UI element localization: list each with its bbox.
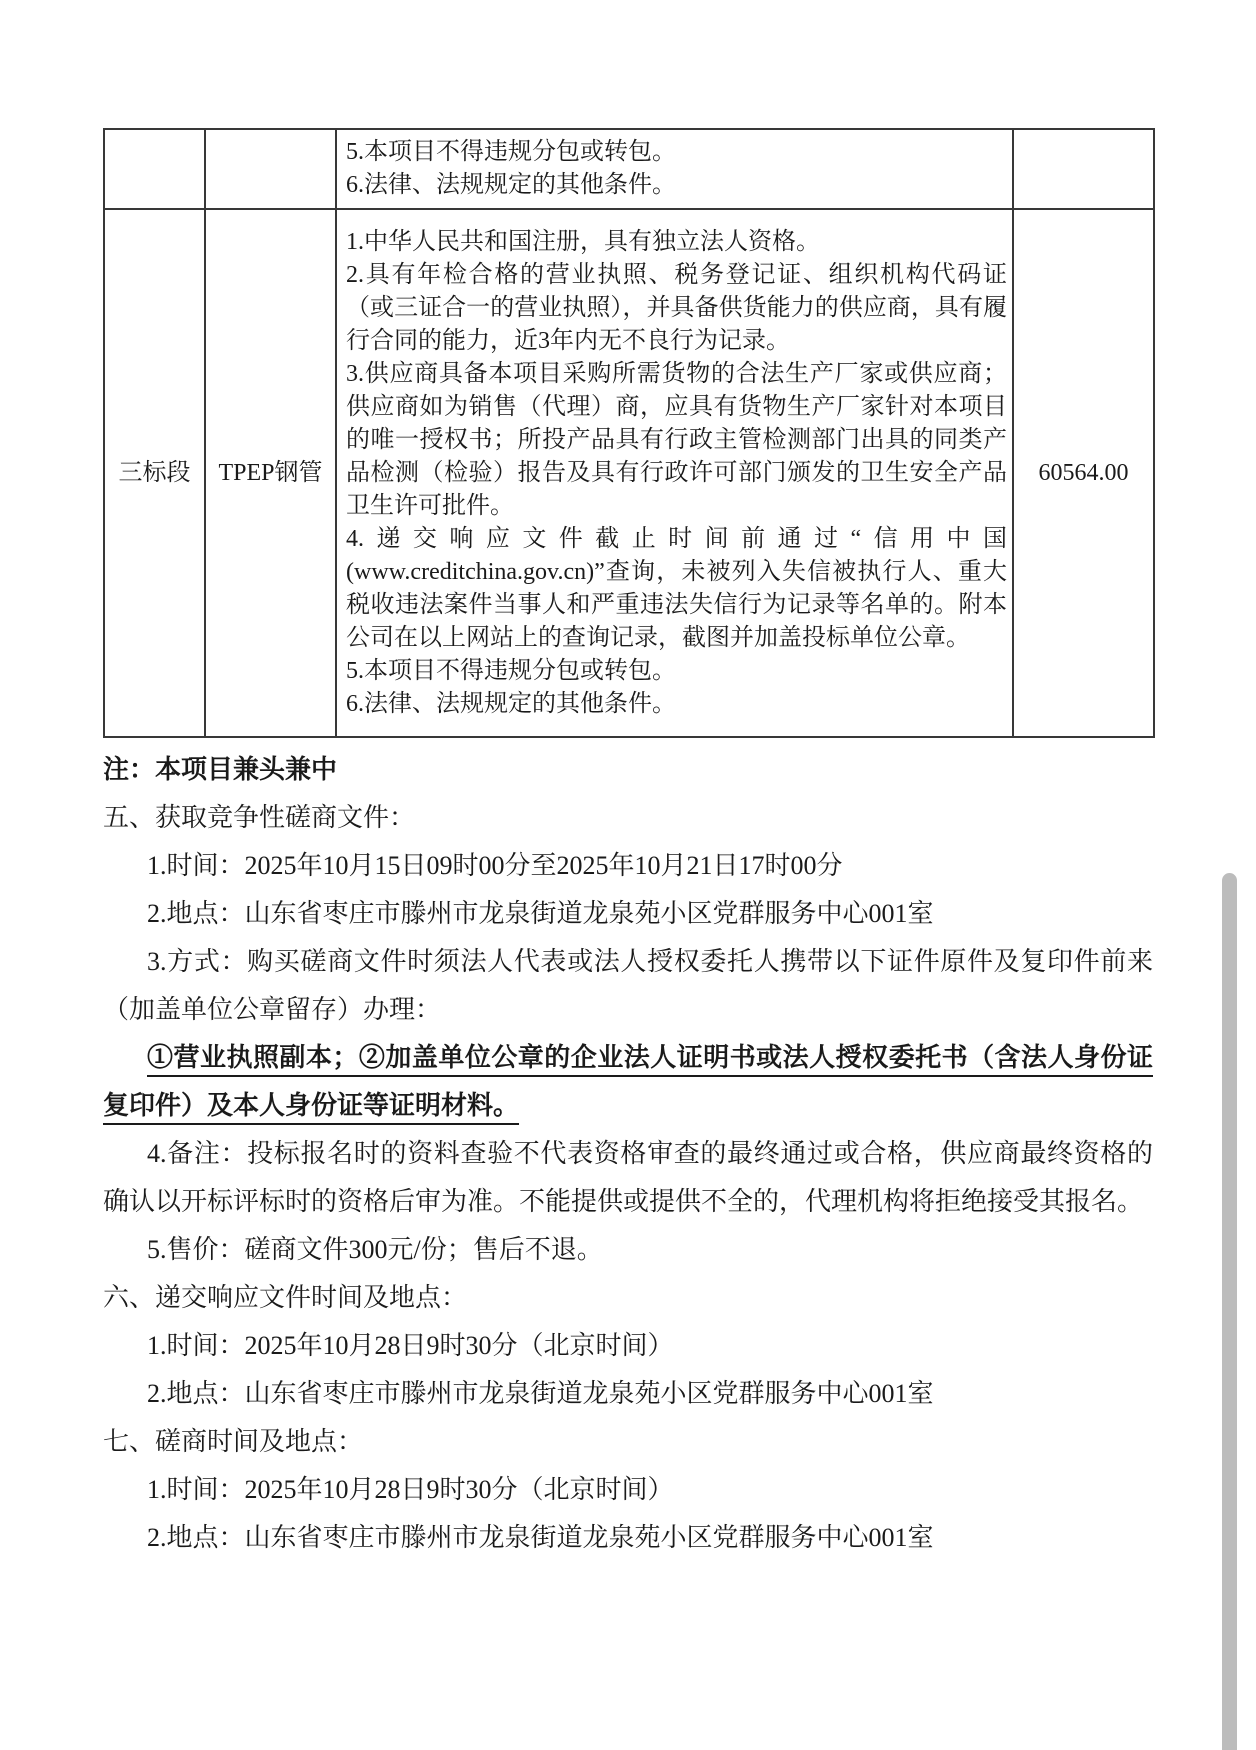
requirements-cell: 5.本项目不得违规分包或转包。 6.法律、法规规定的其他条件。 — [336, 129, 1013, 209]
section-6-item-place: 2.地点：山东省枣庄市滕州市龙泉街道龙泉苑小区党群服务中心001室 — [103, 1370, 1153, 1418]
document-page: 5.本项目不得违规分包或转包。 6.法律、法规规定的其他条件。 三标段 TPEP… — [103, 128, 1153, 1562]
price-cell: 60564.00 — [1013, 209, 1154, 737]
section-5-item-remark: 4.备注：投标报名时的资料查验不代表资格审查的最终通过或合格，供应商最终资格的确… — [103, 1130, 1153, 1226]
requirements-cell: 1.中华人民共和国注册，具有独立法人资格。 2.具有年检合格的营业执照、税务登记… — [336, 209, 1013, 737]
section-5-heading: 五、获取竞争性磋商文件： — [103, 794, 1153, 842]
table-row: 5.本项目不得违规分包或转包。 6.法律、法规规定的其他条件。 — [104, 129, 1154, 209]
requirement-line: 5.本项目不得违规分包或转包。 — [346, 136, 1007, 169]
lot-cell — [104, 129, 205, 209]
item-cell — [205, 129, 336, 209]
requirement-line: 3.供应商具备本项目采购所需货物的合法生产厂家或供应商；供应商如为销售（代理）商… — [346, 358, 1007, 523]
requirement-line: 5.本项目不得违规分包或转包。 — [346, 655, 1007, 688]
table-row: 三标段 TPEP钢管 1.中华人民共和国注册，具有独立法人资格。 2.具有年检合… — [104, 209, 1154, 737]
section-7-item-place: 2.地点：山东省枣庄市滕州市龙泉街道龙泉苑小区党群服务中心001室 — [103, 1514, 1153, 1562]
section-5-required-documents: ①营业执照副本；②加盖单位公章的企业法人证明书或法人授权委托书（含法人身份证复印… — [103, 1034, 1153, 1130]
section-6-item-time: 1.时间：2025年10月28日9时30分（北京时间） — [103, 1322, 1153, 1370]
section-5-item-price: 5.售价：磋商文件300元/份；售后不退。 — [103, 1226, 1153, 1274]
section-7-heading: 七、磋商时间及地点： — [103, 1418, 1153, 1466]
section-7-item-time: 1.时间：2025年10月28日9时30分（北京时间） — [103, 1466, 1153, 1514]
requirement-line: 4.递交响应文件截止时间前通过“信用中国(www.creditchina.gov… — [346, 523, 1007, 655]
announcement-body: 注：本项目兼头兼中 五、获取竞争性磋商文件： 1.时间：2025年10月15日0… — [103, 746, 1153, 1562]
lot-requirements-table: 5.本项目不得违规分包或转包。 6.法律、法规规定的其他条件。 三标段 TPEP… — [103, 128, 1155, 738]
section-5-item-method: 3.方式：购买磋商文件时须法人代表或法人授权委托人携带以下证件原件及复印件前来（… — [103, 938, 1153, 1034]
requirement-line: 6.法律、法规规定的其他条件。 — [346, 688, 1007, 721]
section-5-item-time: 1.时间：2025年10月15日09时00分至2025年10月21日17时00分 — [103, 842, 1153, 890]
item-cell: TPEP钢管 — [205, 209, 336, 737]
note-line: 注：本项目兼头兼中 — [103, 746, 1153, 794]
section-5-item-place: 2.地点：山东省枣庄市滕州市龙泉街道龙泉苑小区党群服务中心001室 — [103, 890, 1153, 938]
price-cell — [1013, 129, 1154, 209]
requirement-line: 1.中华人民共和国注册，具有独立法人资格。 — [346, 226, 1007, 259]
requirement-line: 2.具有年检合格的营业执照、税务登记证、组织机构代码证（或三证合一的营业执照），… — [346, 259, 1007, 358]
requirement-line: 6.法律、法规规定的其他条件。 — [346, 169, 1007, 202]
scrollbar-thumb[interactable] — [1222, 873, 1237, 1750]
lot-cell: 三标段 — [104, 209, 205, 737]
section-6-heading: 六、递交响应文件时间及地点： — [103, 1274, 1153, 1322]
